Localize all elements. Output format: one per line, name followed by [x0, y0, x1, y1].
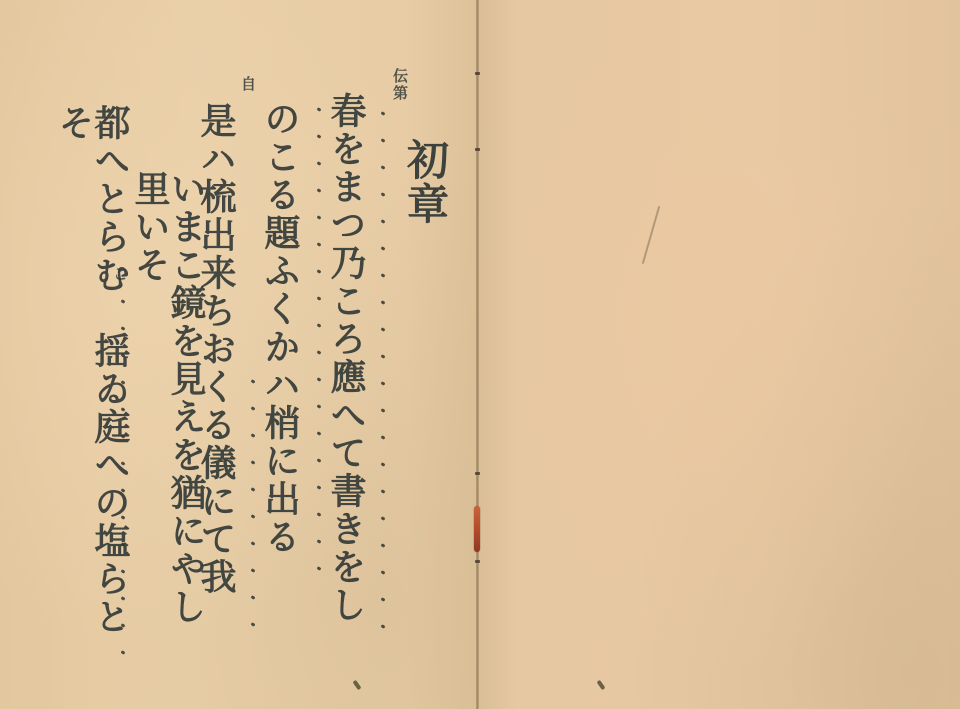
book-spread: 伝第 初章 春をまつ乃ころ應へて書きをし 自 のこる題ふくかハ梢に出る 是ハ梳出…: [0, 0, 960, 709]
right-page: [478, 0, 960, 709]
binding-thread-mark: [475, 148, 480, 151]
binding-red-mark: [474, 506, 480, 552]
text-column-5: 都へとらむ 揺ゐ庭への塩らとそ: [56, 104, 128, 664]
annotation-col-2: 自: [240, 76, 255, 93]
chapter-title: 初章: [404, 138, 446, 226]
binding-thread-mark: [475, 72, 480, 75]
paper-scratch: [642, 206, 660, 264]
binding-gutter: [476, 0, 479, 709]
ink-speck: [352, 680, 361, 690]
binding-thread-mark: [475, 560, 480, 563]
ink-speck-right: [596, 680, 605, 690]
text-column-4: いまこ鏡を見えを猶にやし里いそ: [132, 170, 204, 650]
guide-dots-1: [380, 112, 386, 652]
guide-dots-2: [316, 108, 322, 594]
text-column-2: のこる題ふくかハ梢に出る: [262, 100, 298, 600]
guide-dots-3: [250, 380, 256, 650]
left-page: 伝第 初章 春をまつ乃ころ應へて書きをし 自 のこる題ふくかハ梢に出る 是ハ梳出…: [0, 0, 478, 709]
heading-note: 伝第: [392, 68, 407, 102]
guide-dots-4: [120, 300, 126, 678]
binding-thread-mark: [475, 472, 480, 475]
text-column-1: 春をまつ乃ころ應へて書きをし: [328, 92, 364, 672]
